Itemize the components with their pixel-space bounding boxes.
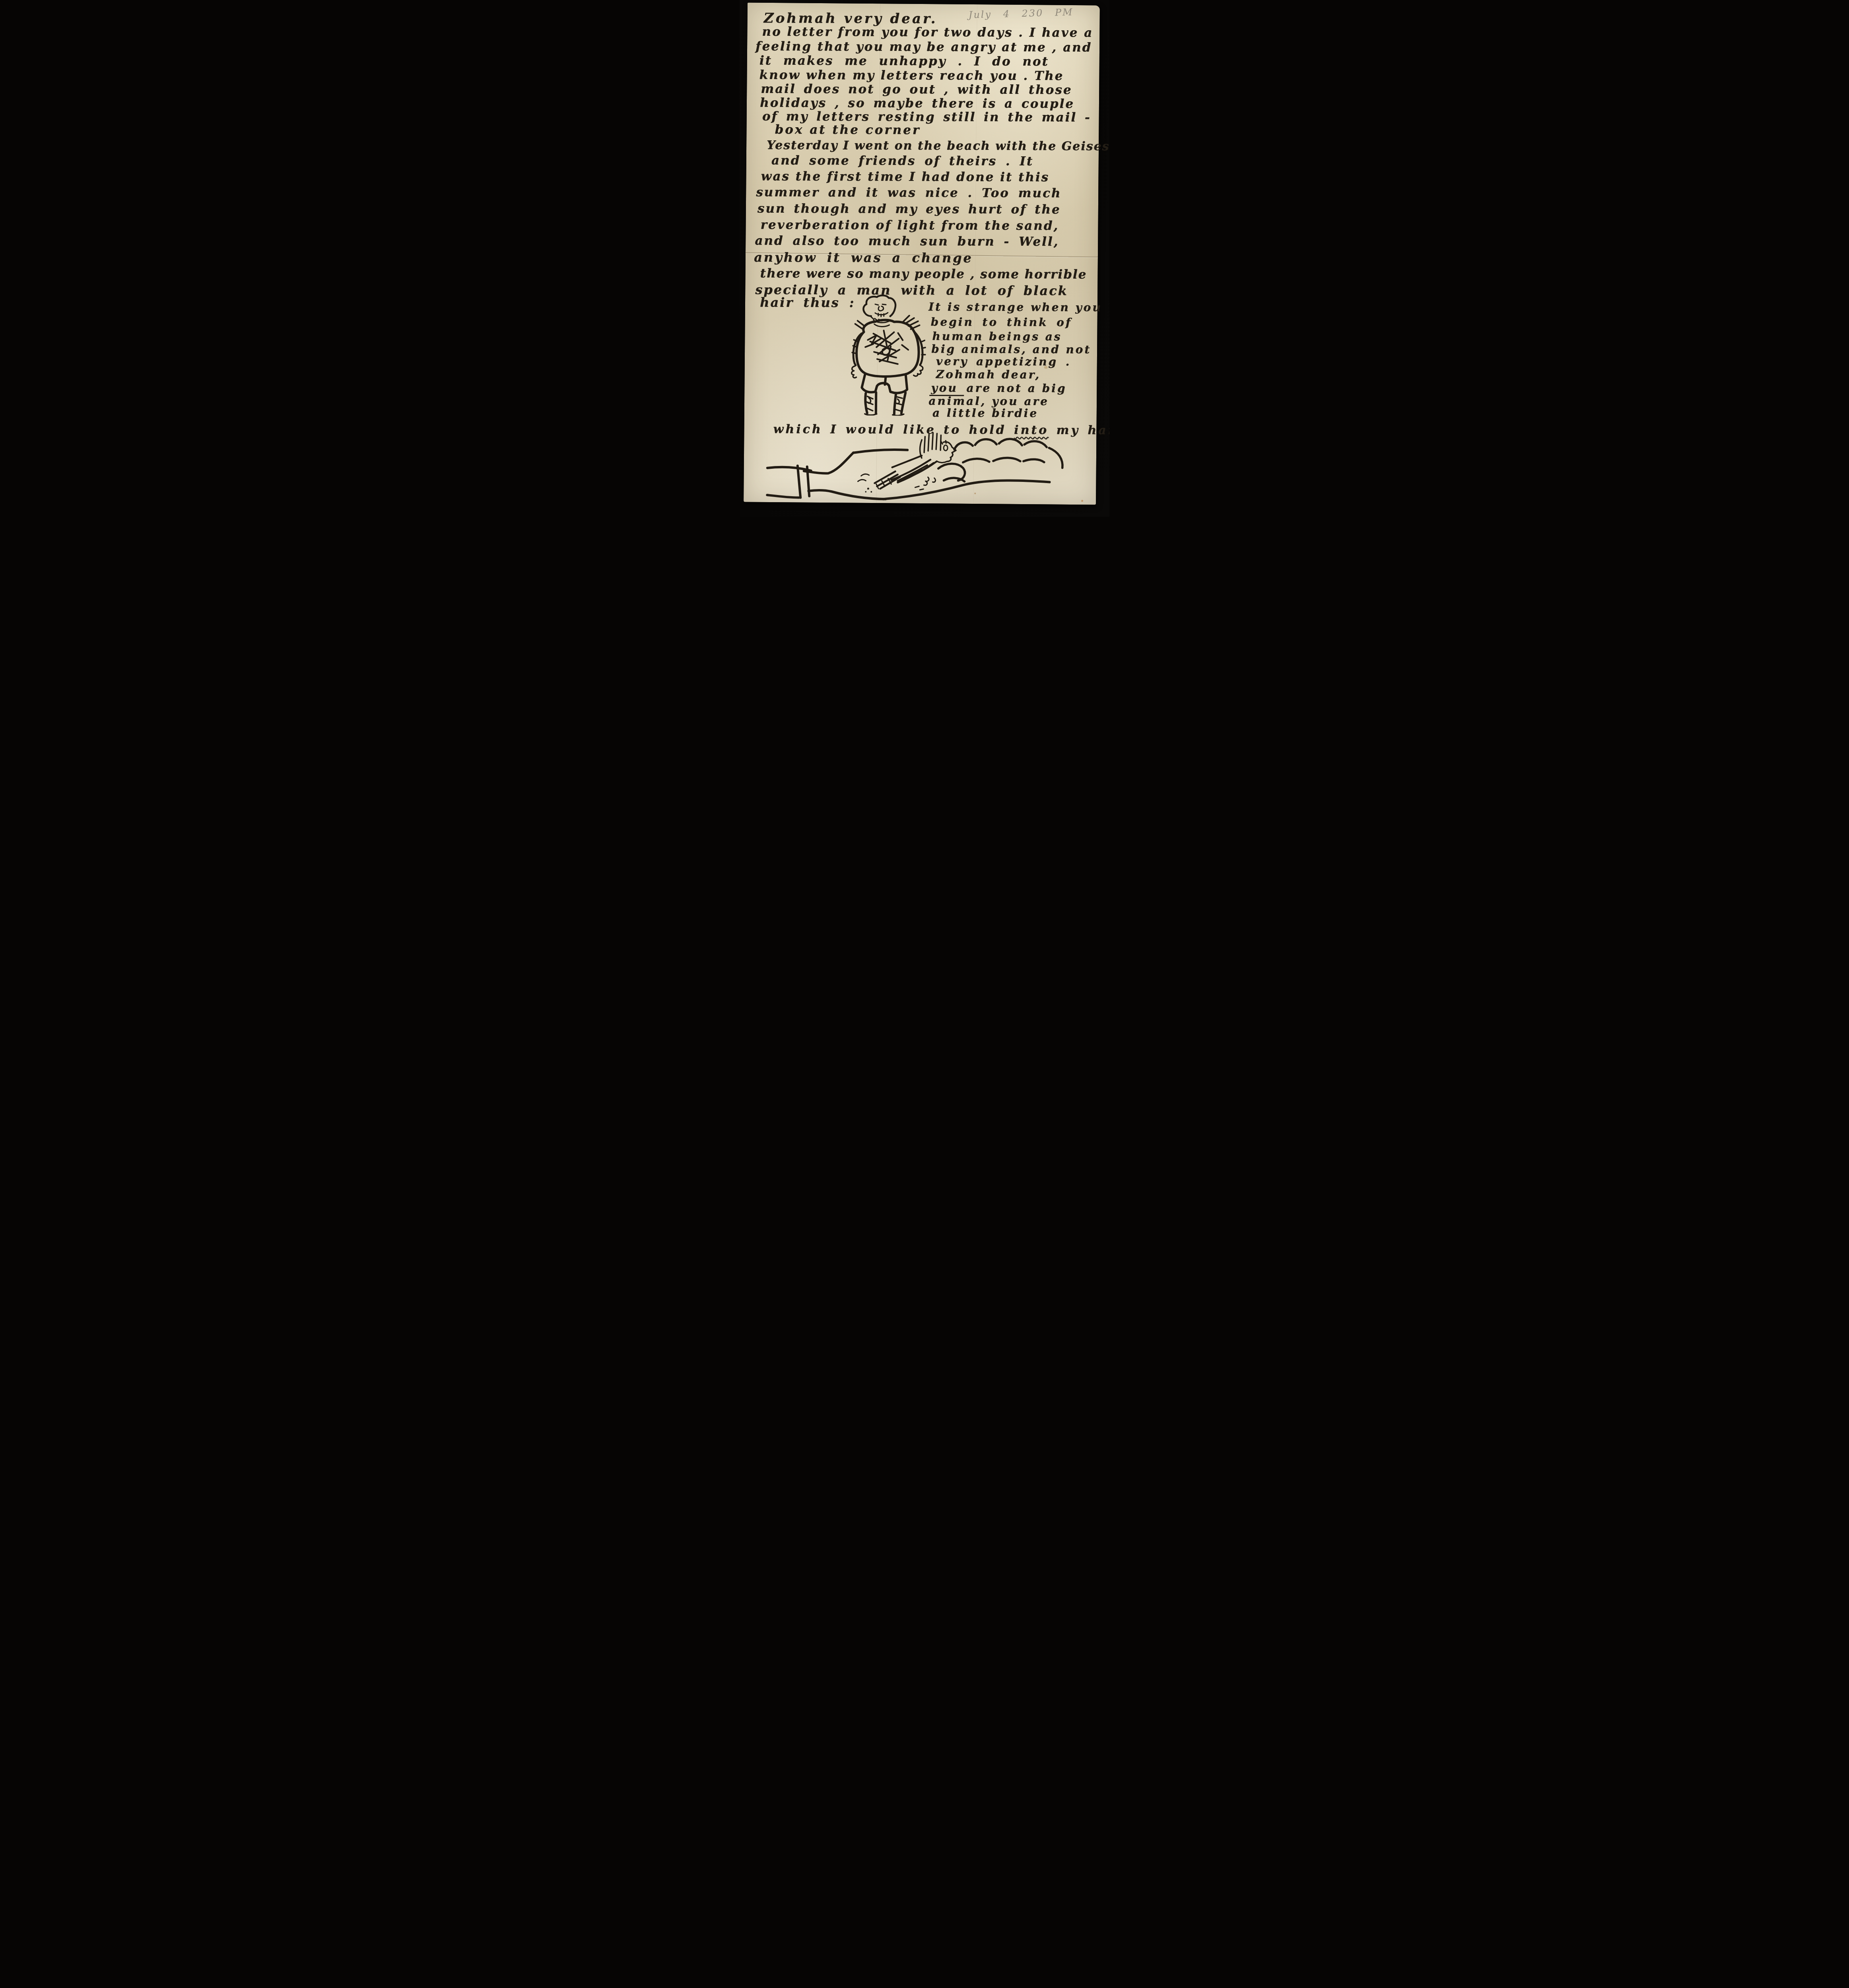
letter-line: reverberation of light from the sand, [761,219,1059,232]
right-column-line: big animals, and not [931,344,1091,355]
right-column-line: a little birdie [932,408,1038,419]
letter-line: summer and it was nice . Too much [756,186,1061,200]
right-column-line: animal, you are [928,396,1049,407]
right-column-line: It is strange when you [928,301,1102,313]
right-column-line: human beings as [932,331,1062,342]
letter-line: anyhow it was a change [754,251,973,264]
letter-line: mail does not go out , with all those [761,83,1072,97]
letter-line: no letter from you for two days . I have… [762,26,1093,39]
letter-line: box at the corner [775,124,921,136]
right-column-line: very appetizing . [936,356,1071,367]
letter-line: and also too much sun burn - Well, [755,235,1059,248]
letter-line: there were so many people , some horribl… [760,268,1087,281]
letter-line: was the first time I had done it this [761,170,1049,184]
right-column-line: begin to think of [931,316,1072,328]
letter-line: and some friends of theirs . It [771,154,1033,167]
pencil-date: July 4 230 PM [968,7,1074,19]
letter-line: feeling that you may be angry at me , an… [756,41,1092,54]
hand-bird-sketch [764,419,1076,503]
stain [1081,500,1083,502]
letter-line: of my letters resting still in the mail … [762,111,1091,124]
letter-line: know when my letters reach you . The [759,69,1064,82]
letter-paper: July 4 230 PM Zohmah very dear. no lette… [744,3,1100,505]
letter-line: it makes me unhappy . I do not [759,54,1049,68]
letter-line: holidays , so maybe there is a couple [760,97,1074,111]
letter-line-salutation: Zohmah very dear. [764,12,938,26]
line-rest: are not a big [961,381,1067,395]
letter-line: Yesterday I went on the beach with the G… [767,140,1109,153]
right-column-line: Zohmah dear, [936,369,1041,381]
man-sketch [839,293,936,416]
photo-backdrop: July 4 230 PM Zohmah very dear. no lette… [740,0,1109,517]
letter-line: sun though and my eyes hurt of the [757,202,1061,216]
